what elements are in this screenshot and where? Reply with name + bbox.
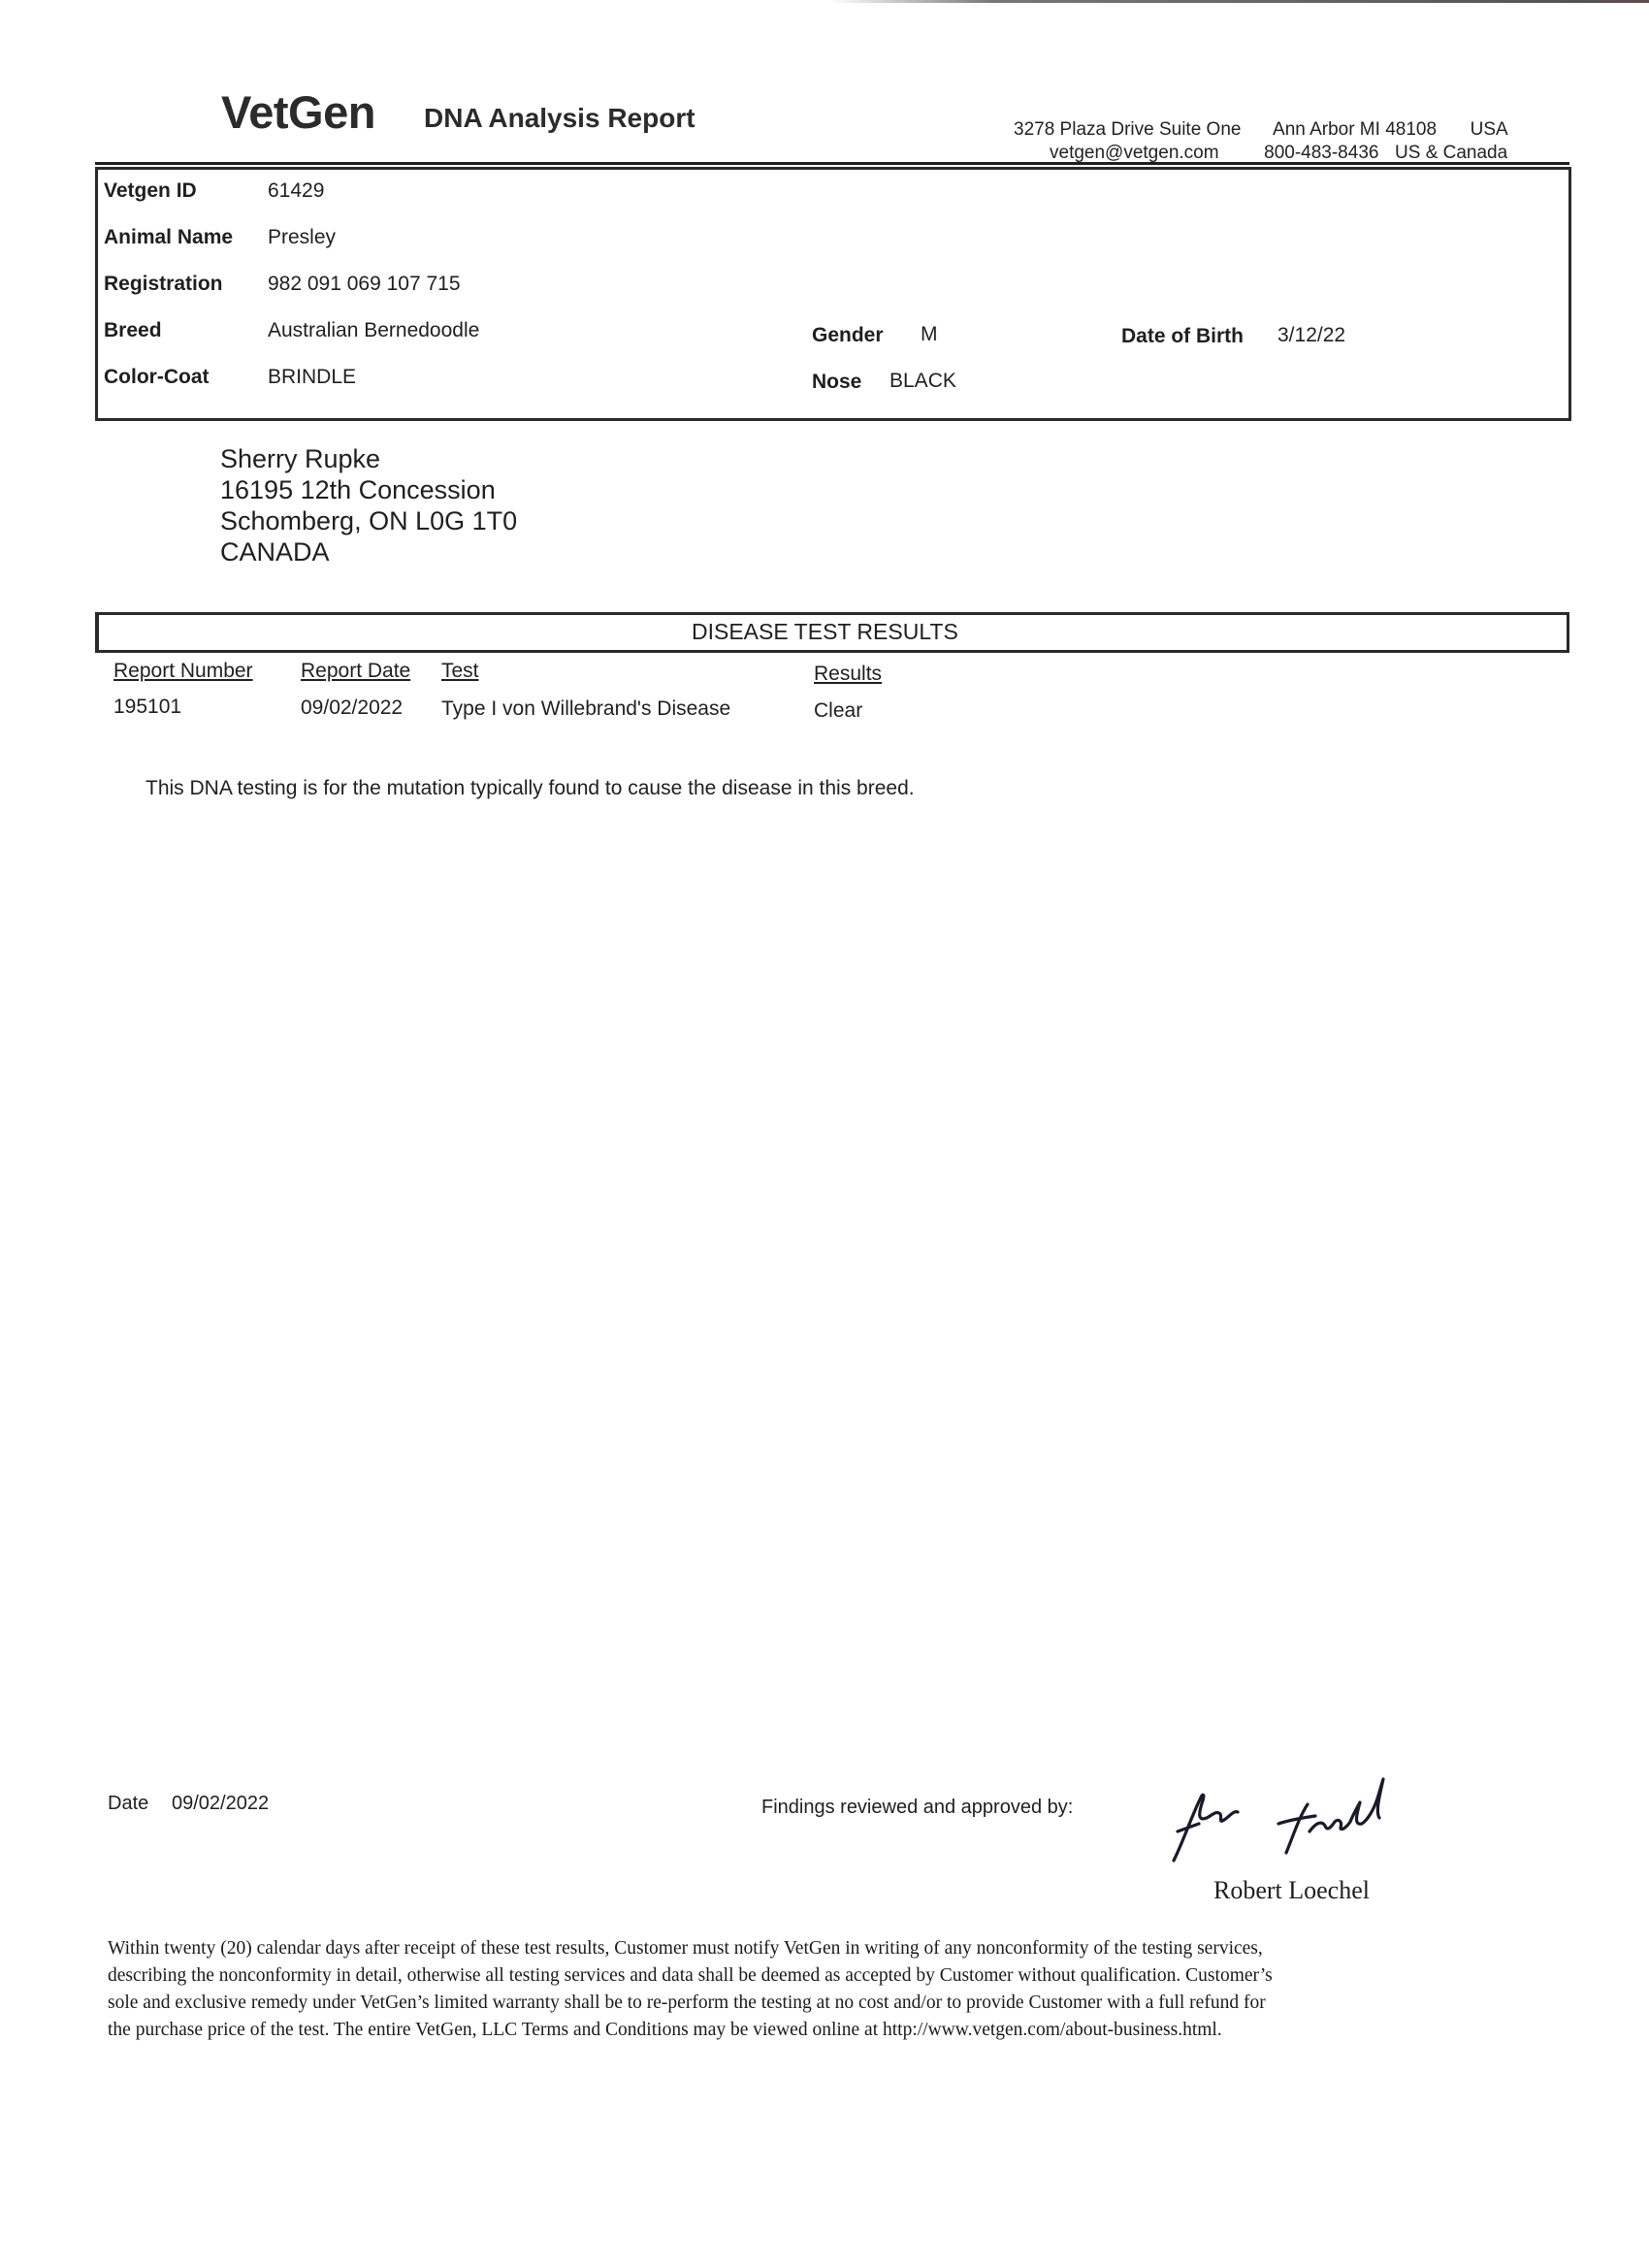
city-state-zip: Ann Arbor MI 48108 xyxy=(1273,119,1437,141)
column-header-report-date: Report Date xyxy=(301,660,410,683)
result-cell: Clear xyxy=(814,699,862,723)
recipient-street: 16195 12th Concession xyxy=(220,475,496,505)
animal-name-value: Presley xyxy=(268,226,336,249)
recipient-name: Sherry Rupke xyxy=(220,444,380,474)
gender-value: M xyxy=(921,323,938,346)
color-coat-value: BRINDLE xyxy=(268,366,356,389)
report-date-cell: 09/02/2022 xyxy=(301,697,403,720)
recipient-country: CANADA xyxy=(220,537,330,567)
report-title: DNA Analysis Report xyxy=(424,103,695,134)
disease-results-title: DISEASE TEST RESULTS xyxy=(692,619,958,645)
signer-name: Robert Loechel xyxy=(1213,1876,1370,1905)
test-cell: Type I von Willebrand's Disease xyxy=(441,697,730,721)
recipient-city: Schomberg, ON L0G 1T0 xyxy=(220,506,517,536)
date-label: Date xyxy=(108,1793,148,1815)
signature-image xyxy=(1164,1773,1455,1885)
date-value: 09/02/2022 xyxy=(172,1793,269,1815)
testing-note: This DNA testing is for the mutation typ… xyxy=(145,777,915,800)
animal-name-label: Animal Name xyxy=(104,226,233,249)
company-email[interactable]: vetgen@vetgen.com xyxy=(1050,143,1219,164)
nose-label: Nose xyxy=(812,371,861,394)
column-header-test: Test xyxy=(441,660,479,683)
street-address: 3278 Plaza Drive Suite One xyxy=(1014,119,1241,141)
nose-value: BLACK xyxy=(889,370,956,393)
registration-label: Registration xyxy=(104,273,223,296)
header-divider xyxy=(95,162,1569,165)
company-contact: vetgen@vetgen.com 800-483-8436 US & Cana… xyxy=(1050,143,1507,164)
disclaimer-line: Within twenty (20) calendar days after r… xyxy=(108,1935,1407,1962)
column-header-results: Results xyxy=(814,663,882,686)
scan-artifact xyxy=(829,0,1649,3)
disclaimer: Within twenty (20) calendar days after r… xyxy=(108,1935,1407,2044)
vetgen-id-value: 61429 xyxy=(268,179,324,203)
approval-label: Findings reviewed and approved by: xyxy=(761,1797,1073,1819)
company-phone: 800-483-8436 xyxy=(1264,143,1378,164)
dob-value: 3/12/22 xyxy=(1277,324,1345,347)
breed-value: Australian Bernedoodle xyxy=(268,319,479,342)
disclaimer-line: the purchase price of the test. The enti… xyxy=(108,2017,1407,2044)
breed-label: Breed xyxy=(104,319,162,342)
column-header-report-number: Report Number xyxy=(113,660,253,683)
disclaimer-line: describing the nonconformity in detail, … xyxy=(108,1962,1407,1990)
dob-label: Date of Birth xyxy=(1121,325,1244,348)
disclaimer-line: sole and exclusive remedy under VetGen’s… xyxy=(108,1990,1407,2017)
vetgen-id-label: Vetgen ID xyxy=(104,179,197,203)
company-address: 3278 Plaza Drive Suite One Ann Arbor MI … xyxy=(1014,119,1508,141)
phone-region: US & Canada xyxy=(1395,143,1507,164)
color-coat-label: Color-Coat xyxy=(104,366,210,389)
registration-value: 982 091 069 107 715 xyxy=(268,273,461,296)
gender-label: Gender xyxy=(812,324,884,347)
country: USA xyxy=(1471,119,1508,141)
vetgen-logo: VetGen xyxy=(221,85,375,139)
report-number-cell: 195101 xyxy=(113,696,181,719)
